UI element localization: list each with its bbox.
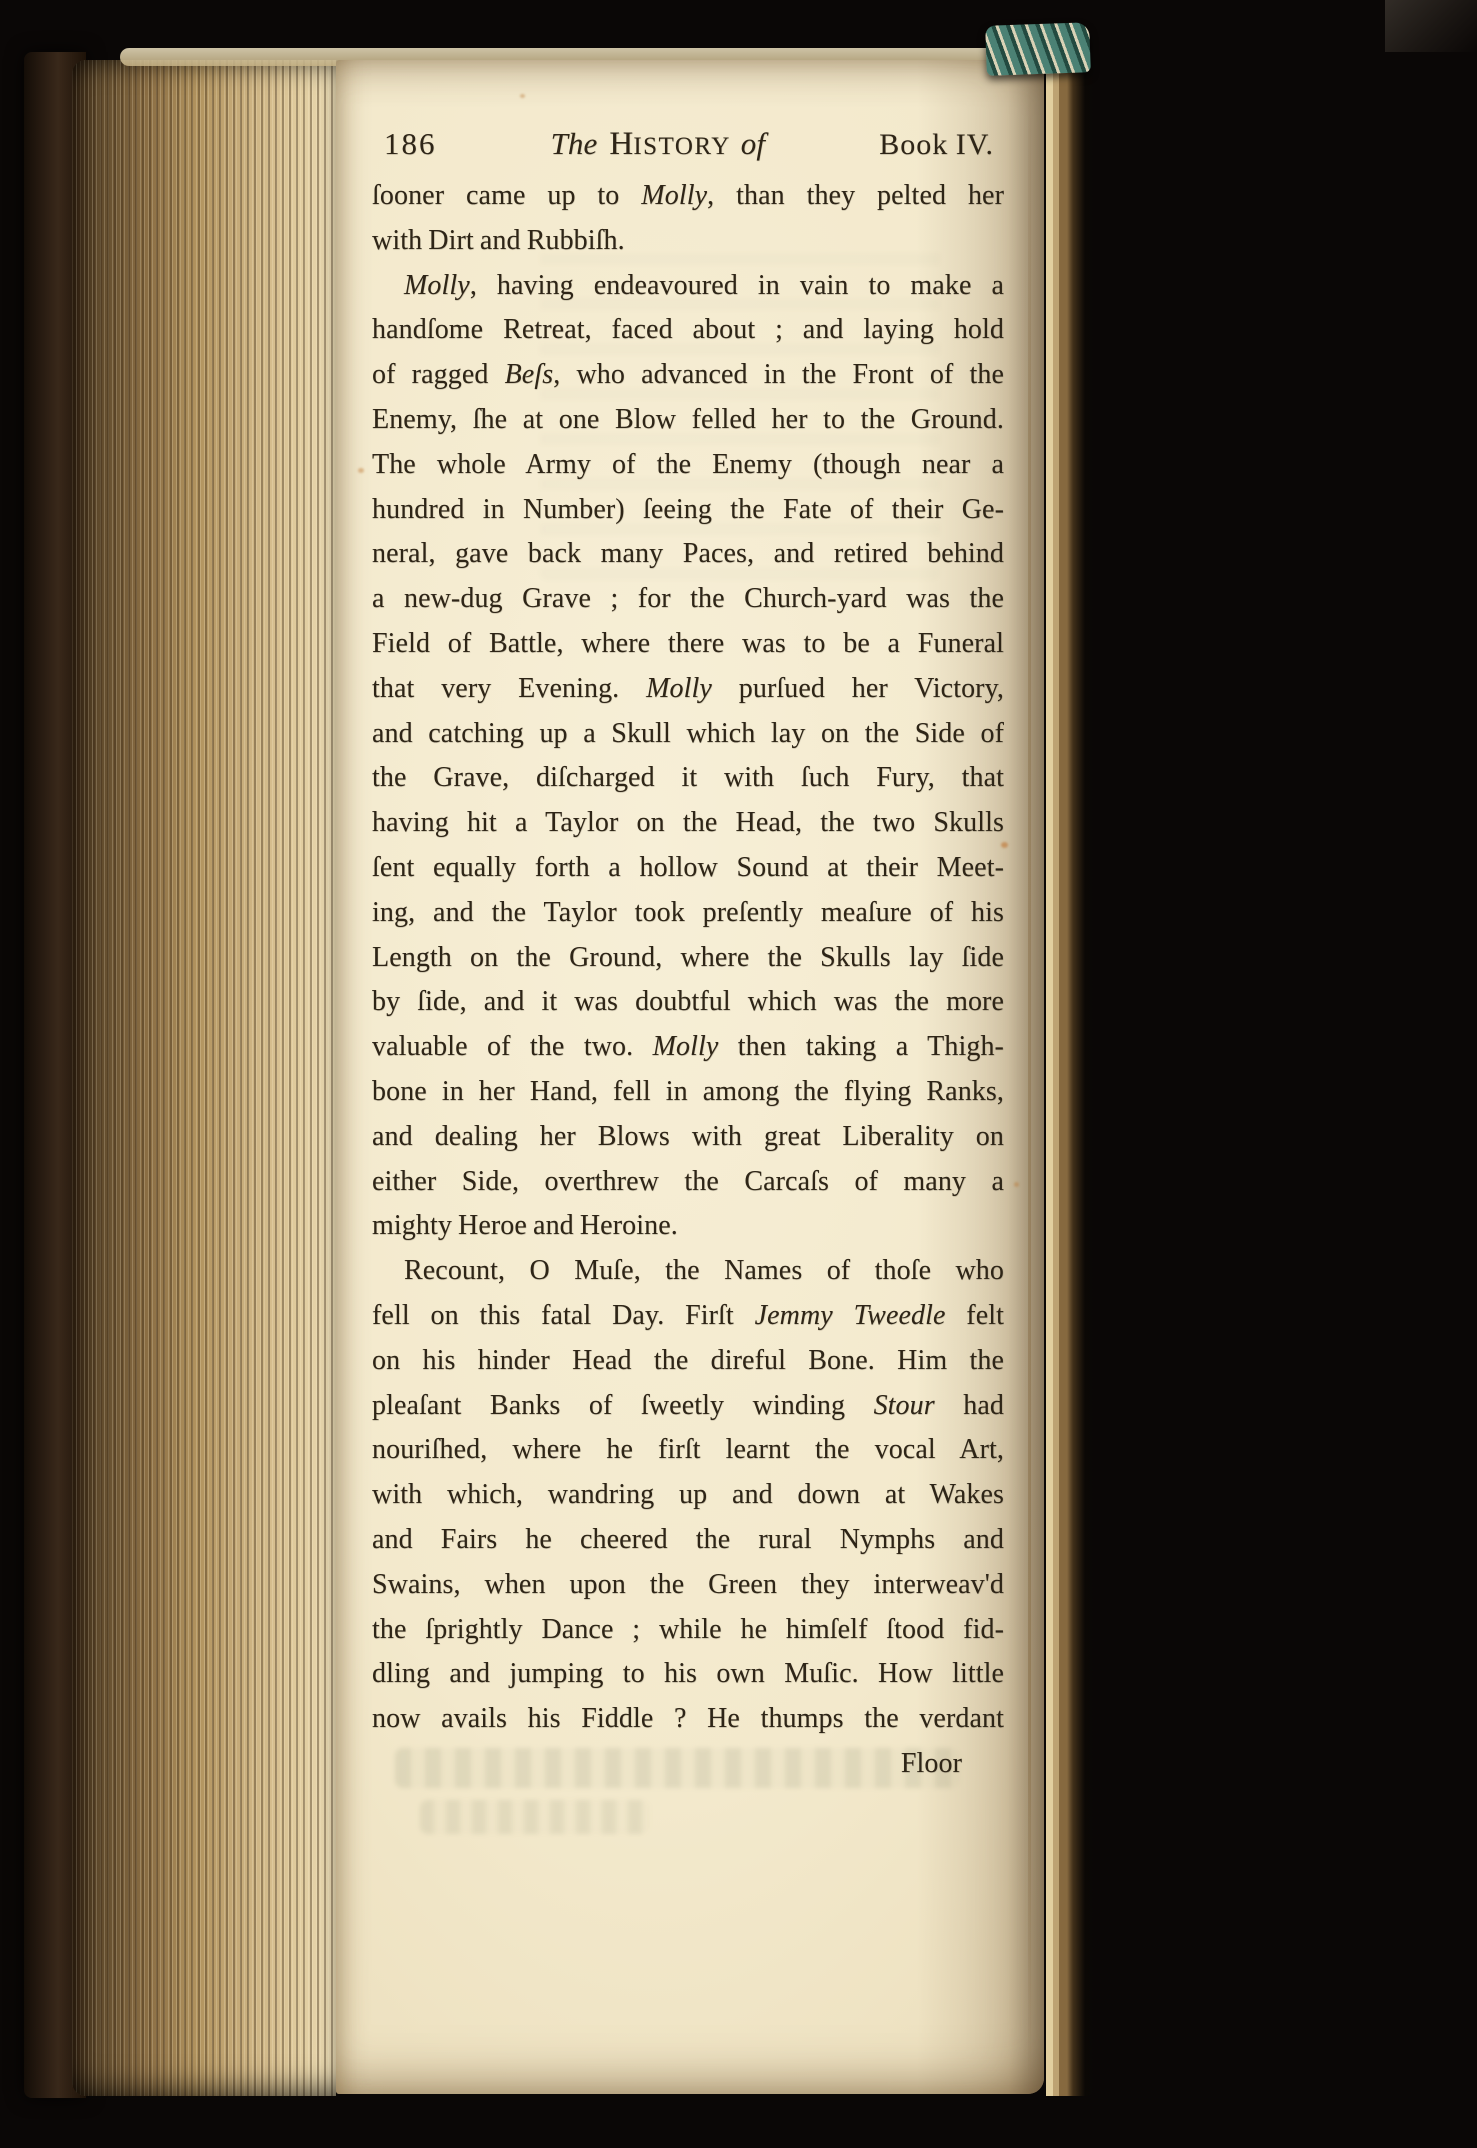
body-text: with Dirt and Rubbiſh. <box>372 225 625 256</box>
book-label: Book IV. <box>879 128 994 162</box>
text-line: Molly, having endeavoured in vain to mak… <box>372 264 1004 309</box>
body-text: Recount, O Muſe, the Names of thoſe who <box>404 1255 1004 1286</box>
body-text: hundred in Number) ſeeing the Fate of th… <box>372 494 1004 525</box>
text-line: The whole Army of the Enemy (though near… <box>372 443 1004 488</box>
book-photograph: 186 TheHISTORYof Book IV. ſooner came up… <box>0 0 1477 2148</box>
body-text: felt <box>946 1300 1004 1331</box>
body-text: mighty Heroe and Heroine. <box>372 1210 678 1241</box>
body-text: fell on this fatal Day. Firſt <box>372 1300 755 1331</box>
text-line: Swains, when upon the Green they interwe… <box>372 1563 1004 1608</box>
text-line: Enemy, ſhe at one Blow felled her to the… <box>372 398 1004 443</box>
body-text: nouriſhed, where he firſt learnt the voc… <box>372 1434 1004 1465</box>
body-text: now avails his Fiddle ? He thumps the ve… <box>372 1703 1004 1734</box>
body-text: purſued her Victory, <box>712 673 1004 704</box>
text-line: that very Evening. Molly purſued her Vic… <box>372 667 1004 712</box>
text-line: Length on the Ground, where the Skulls l… <box>372 936 1004 981</box>
text-line: Recount, O Muſe, the Names of thoſe who <box>372 1249 1004 1294</box>
text-line: the ſprightly Dance ; while he himſelf ſ… <box>372 1608 1004 1653</box>
text-line: ing, and the Taylor took preſently meaſu… <box>372 891 1004 936</box>
running-title: TheHISTORYof <box>437 126 880 163</box>
text-line: handſome Retreat, faced about ; and layi… <box>372 308 1004 353</box>
body-text: Field of Battle, where there was to be a… <box>372 628 1004 659</box>
cover-corner <box>1385 0 1477 52</box>
text-line: with which, wandring up and down at Wake… <box>372 1473 1004 1518</box>
body-text: ſooner came up to <box>372 180 641 211</box>
text-line: pleaſant Banks of ſweetly winding Stour … <box>372 1384 1004 1429</box>
running-title-the: The <box>551 126 598 161</box>
body-text: the ſprightly Dance ; while he himſelf ſ… <box>372 1614 1004 1645</box>
body-text: then taking a Thigh- <box>718 1031 1004 1062</box>
text-line: the Grave, diſcharged it with ſuch Fury,… <box>372 756 1004 801</box>
text-line: mighty Heroe and Heroine. <box>372 1204 1004 1249</box>
gutter-edge <box>1046 58 1096 2096</box>
italic-text: Stour <box>874 1390 935 1421</box>
italic-text: Molly <box>641 180 707 211</box>
text-line: Field of Battle, where there was to be a… <box>372 622 1004 667</box>
body-text: dling and jumping to his own Muſic. How … <box>372 1658 1004 1689</box>
body-text: Enemy, ſhe at one Blow felled her to the… <box>372 404 1004 435</box>
running-title-of: of <box>741 126 765 161</box>
body-text: pleaſant Banks of ſweetly winding <box>372 1390 874 1421</box>
body-text: that very Evening. <box>372 673 646 704</box>
body-text: The whole Army of the Enemy (though near… <box>372 449 1004 480</box>
text-line: nouriſhed, where he firſt learnt the voc… <box>372 1428 1004 1473</box>
running-title-history-initial: H <box>609 126 633 162</box>
text-line: with Dirt and Rubbiſh. <box>372 219 1004 264</box>
body-text: ing, and the Taylor took preſently meaſu… <box>372 897 1004 928</box>
body-text: either Side, overthrew the Carcaſs of ma… <box>372 1166 1004 1197</box>
body-text: neral, gave back many Paces, and retired… <box>372 538 1004 569</box>
text-line: dling and jumping to his own Muſic. How … <box>372 1652 1004 1697</box>
text-line: valuable of the two. Molly then taking a… <box>372 1025 1004 1070</box>
text-line: fell on this fatal Day. Firſt Jemmy Twee… <box>372 1294 1004 1339</box>
catchword: Floor <box>372 1742 1004 1787</box>
body-text: Swains, when upon the Green they interwe… <box>372 1569 1004 1600</box>
text-line: bone in her Hand, fell in among the flyi… <box>372 1070 1004 1115</box>
page-number: 186 <box>372 126 437 162</box>
italic-text: Molly <box>646 673 712 704</box>
italic-text: Jemmy Tweedle <box>755 1300 946 1331</box>
body-text: and dealing her Blows with great Liberal… <box>372 1121 1004 1152</box>
text-line: of ragged Beſs, who advanced in the Fron… <box>372 353 1004 398</box>
body-text: having hit a Taylor on the Head, the two… <box>372 807 1004 838</box>
body-text: ſent equally forth a hollow Sound at the… <box>372 852 1004 883</box>
body-text: and Fairs he cheered the rural Nymphs an… <box>372 1524 1004 1555</box>
page-content: 186 TheHISTORYof Book IV. ſooner came up… <box>372 126 1004 1787</box>
text-line: either Side, overthrew the Carcaſs of ma… <box>372 1160 1004 1205</box>
body-text: Length on the Ground, where the Skulls l… <box>372 942 1004 973</box>
headband <box>985 22 1091 76</box>
text-line: neral, gave back many Paces, and retired… <box>372 532 1004 577</box>
text-line: on his hinder Head the direful Bone. Him… <box>372 1339 1004 1384</box>
text-line: ſent equally forth a hollow Sound at the… <box>372 846 1004 891</box>
body-text: , who advanced in the Front of the <box>553 359 1004 390</box>
text-line: a new-dug Grave ; for the Church-yard wa… <box>372 577 1004 622</box>
body-text: and catching up a Skull which lay on the… <box>372 718 1004 749</box>
page-crease <box>1028 72 1031 2084</box>
text-line: and catching up a Skull which lay on the… <box>372 712 1004 757</box>
text-line: and Fairs he cheered the rural Nymphs an… <box>372 1518 1004 1563</box>
text-line: hundred in Number) ſeeing the Fate of th… <box>372 488 1004 533</box>
body-text: on his hinder Head the direful Bone. Him… <box>372 1345 1004 1376</box>
italic-text: Molly <box>653 1031 719 1062</box>
body-text: with which, wandring up and down at Wake… <box>372 1479 1004 1510</box>
italic-text: Molly <box>404 270 470 301</box>
body-text: bone in her Hand, fell in among the flyi… <box>372 1076 1004 1107</box>
body-text: of ragged <box>372 359 505 390</box>
body-text: valuable of the two. <box>372 1031 653 1062</box>
italic-text: Beſs <box>505 359 554 390</box>
text-line: and dealing her Blows with great Liberal… <box>372 1115 1004 1160</box>
text-line: by ſide, and it was doubtful which was t… <box>372 980 1004 1025</box>
body-text: had <box>935 1390 1004 1421</box>
body-text: , having endeavoured in vain to make a <box>470 270 1004 301</box>
running-header: 186 TheHISTORYof Book IV. <box>372 126 1004 172</box>
text-line: now avails his Fiddle ? He thumps the ve… <box>372 1697 1004 1742</box>
text-line: having hit a Taylor on the Head, the two… <box>372 801 1004 846</box>
body-text: a new-dug Grave ; for the Church-yard wa… <box>372 583 1004 614</box>
running-title-history-rest: ISTORY <box>633 133 730 160</box>
body-text: handſome Retreat, faced about ; and layi… <box>372 314 1004 345</box>
body-text: by ſide, and it was doubtful which was t… <box>372 986 1004 1017</box>
body-text: the Grave, diſcharged it with ſuch Fury,… <box>372 762 1004 793</box>
text-block: ſooner came up to Molly, than they pelte… <box>372 174 1004 1742</box>
page-edges-stack <box>72 60 336 2096</box>
text-line: ſooner came up to Molly, than they pelte… <box>372 174 1004 219</box>
body-text: , than they pelted her <box>707 180 1004 211</box>
